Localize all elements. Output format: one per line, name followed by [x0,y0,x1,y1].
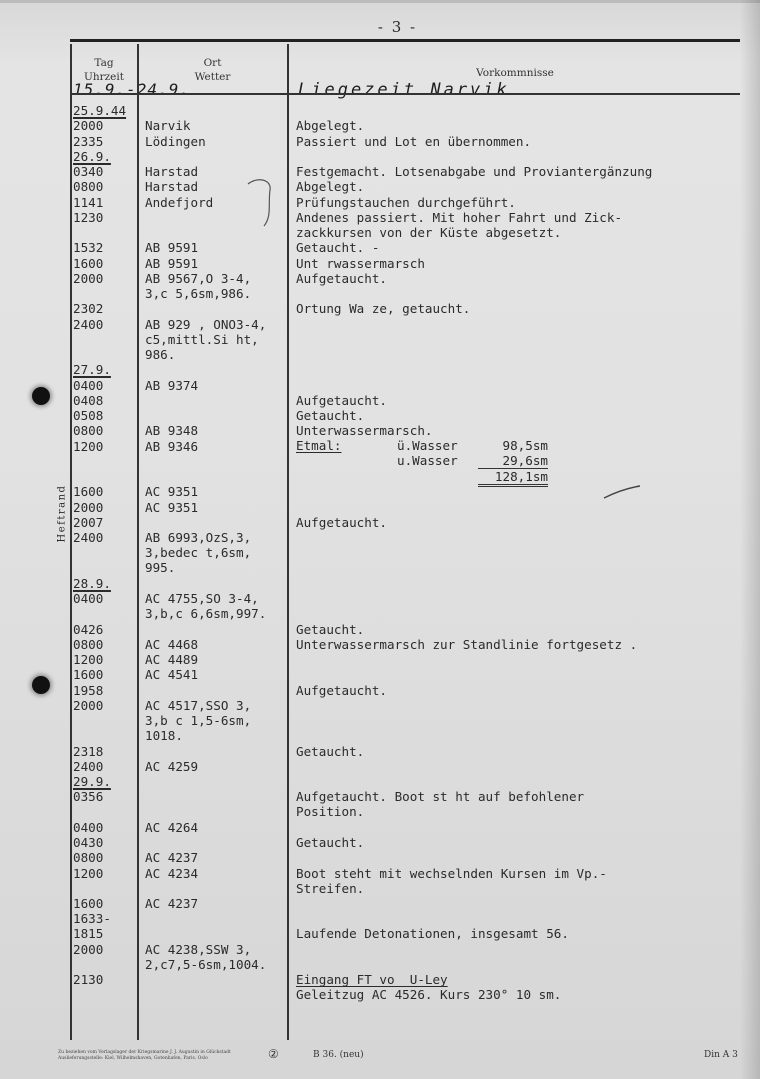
log-time: 0408 [73,393,103,408]
log-time: 0800 [73,850,103,865]
log-time: 2318 [73,744,103,759]
log-date: 27.9. [73,362,111,377]
struck-heading-text: Liegezeit Narvik [298,80,510,100]
log-place-weather: AC 4237 [145,850,198,865]
log-time: 1200 [73,439,103,454]
log-time: 0400 [73,378,103,393]
log-time: 2007 [73,515,103,530]
log-event: Getaucht. [296,835,364,850]
page-top-edge [0,0,760,3]
form-number: B 36. (neu) [313,1050,364,1060]
log-time: 2400 [73,317,103,332]
etmal-submerged-label: u.Wasser [397,453,458,468]
log-time: 0800 [73,423,103,438]
column-divider-1 [137,44,139,1040]
log-place-weather: AC 4234 [145,866,198,881]
log-date: 26.9. [73,149,111,164]
log-time: 1958 [73,683,103,698]
log-date: 28.9. [73,576,111,591]
log-event: Prüfungstauchen durchgeführt. [296,195,516,210]
log-time: 2000 [73,118,103,133]
binding-margin-label: Heftrand [57,474,68,554]
log-place-weather: AC 4259 [145,759,198,774]
log-time: 0400 [73,591,103,606]
log-time: 2130 [73,972,103,987]
log-event: Aufgetaucht. [296,515,387,530]
column-divider-left [70,44,72,1040]
log-event: Andenes passiert. Mit hoher Fahrt und Zi… [296,210,622,240]
printer-note-line-2: Auslieferungsstelle: Kiel, Wilhelmshaven… [58,1056,268,1062]
etmal-surface-value: 98,5sm [478,438,548,453]
log-time: 0800 [73,179,103,194]
log-place-weather: AC 4489 [145,652,198,667]
log-time: 0508 [73,408,103,423]
log-time: 1600 [73,484,103,499]
log-time: 1600 [73,667,103,682]
log-place-weather: AC 4237 [145,896,198,911]
log-event: Aufgetaucht. [296,393,387,408]
log-place-weather: AB 9348 [145,423,198,438]
top-rule [70,39,740,42]
log-event: Unt rwassermarsch [296,256,425,271]
log-event: Laufende Detonationen, insgesamt 56. [296,911,569,941]
header-underline [72,93,740,95]
header-tag: Tag [72,56,136,70]
log-time: 2000 [73,942,103,957]
log-time: 2000 [73,698,103,713]
log-place-weather: Lödingen [145,134,206,149]
log-place-weather: Harstad [145,164,198,179]
log-place-weather: AC 4755,SO 3-4, 3,b,c 6,6sm,997. [145,591,266,621]
pencil-mark-bracket [244,176,280,230]
log-place-weather: AB 929 , ONO3-4, c5,mittl.Si ht, 986. [145,317,266,362]
log-time: 1600 [73,256,103,271]
punch-hole-top [32,387,50,405]
page-shadow [740,0,760,1079]
log-place-weather: AB 9591 [145,240,198,255]
etmal-submerged-value: 29,6sm [478,453,548,469]
header-ort: Ort [140,56,285,70]
log-event: Getaucht. [296,622,364,637]
log-event: Aufgetaucht. [296,683,387,698]
log-place-weather: Andefjord [145,195,213,210]
log-event: Boot steht mit wechselnden Kursen im Vp.… [296,866,607,896]
log-place-weather: AC 9351 [145,484,198,499]
log-time: 0356 [73,789,103,804]
log-time: 0400 [73,820,103,835]
log-time: 2400 [73,530,103,545]
log-date: 25.9.44 [73,103,126,118]
log-time: 1633- 1815 [73,911,111,941]
header-vorkommnisse: Vorkommnisse [290,66,740,80]
log-time: 1532 [73,240,103,255]
log-time: 2302 [73,301,103,316]
log-place-weather: AC 9351 [145,500,198,515]
log-date: 29.9. [73,774,111,789]
etmal-label: Etmal: [296,438,342,453]
log-place-weather: AB 9346 [145,439,198,454]
log-time: 1200 [73,652,103,667]
printer-note: Zu beziehen vom Verlagslager der Kriegsm… [58,1050,268,1062]
log-time: 1141 [73,195,103,210]
log-place-weather: AC 4264 [145,820,198,835]
log-place-weather: AC 4517,SSO 3, 3,b c 1,5-6sm, 1018. [145,698,251,743]
column-divider-2 [287,44,289,1040]
log-place-weather: AC 4468 [145,637,198,652]
log-place-weather: AC 4238,SSW 3, 2,c7,5-6sm,1004. [145,942,266,972]
log-place-weather: AC 4541 [145,667,198,682]
log-time: 2400 [73,759,103,774]
log-place-weather: AB 9374 [145,378,198,393]
log-place-weather: Narvik [145,118,191,133]
log-event: Ortung Wa ze, getaucht. [296,301,470,316]
log-time: 1230 [73,210,103,225]
log-time: 1600 [73,896,103,911]
etmal-surface-label: ü.Wasser [397,438,458,453]
pencil-mark-stroke [600,482,644,502]
log-event: Aufgetaucht. [296,271,387,286]
etmal-total: 128,1sm [478,469,548,487]
log-event: Getaucht. [296,744,364,759]
log-place-weather: AB 9591 [145,256,198,271]
log-event: Unterwassermarsch. [296,423,432,438]
log-event: Unterwassermarsch zur Standlinie fortges… [296,637,637,652]
page-number: - 3 - [0,18,760,36]
log-time: 0800 [73,637,103,652]
punch-hole-bottom [32,676,50,694]
log-time: 2000 [73,271,103,286]
log-time: 0340 [73,164,103,179]
log-time: 2335 [73,134,103,149]
struck-date-range: 15.9.-24.9. [73,80,190,99]
log-time: 1200 [73,866,103,881]
log-event: Eingang FT vo U-Ley Geleitzug AC 4526. K… [296,972,561,1002]
log-event: Aufgetaucht. Boot st ht auf befohlener P… [296,789,584,819]
log-event: Getaucht. [296,408,364,423]
log-time: 2000 [73,500,103,515]
log-time: 0430 [73,835,103,850]
log-event: Passiert und Lot en übernommen. [296,134,531,149]
log-place-weather: Harstad [145,179,198,194]
log-place-weather: AB 6993,OzS,3, 3,bedec t,6sm, 995. [145,530,251,575]
log-time: 0426 [73,622,103,637]
radio-message-heading: Eingang FT vo U-Ley [296,972,448,987]
printer-mark: ② [268,1047,279,1061]
log-event: Abgelegt. [296,118,364,133]
log-event: Festgemacht. Lotsenabgabe und Provianter… [296,164,652,179]
log-place-weather: AB 9567,O 3-4, 3,c 5,6sm,986. [145,271,251,301]
log-event: Abgelegt. [296,179,364,194]
log-event: Getaucht. - [296,240,379,255]
paper-size: Din A 3 [704,1050,738,1060]
